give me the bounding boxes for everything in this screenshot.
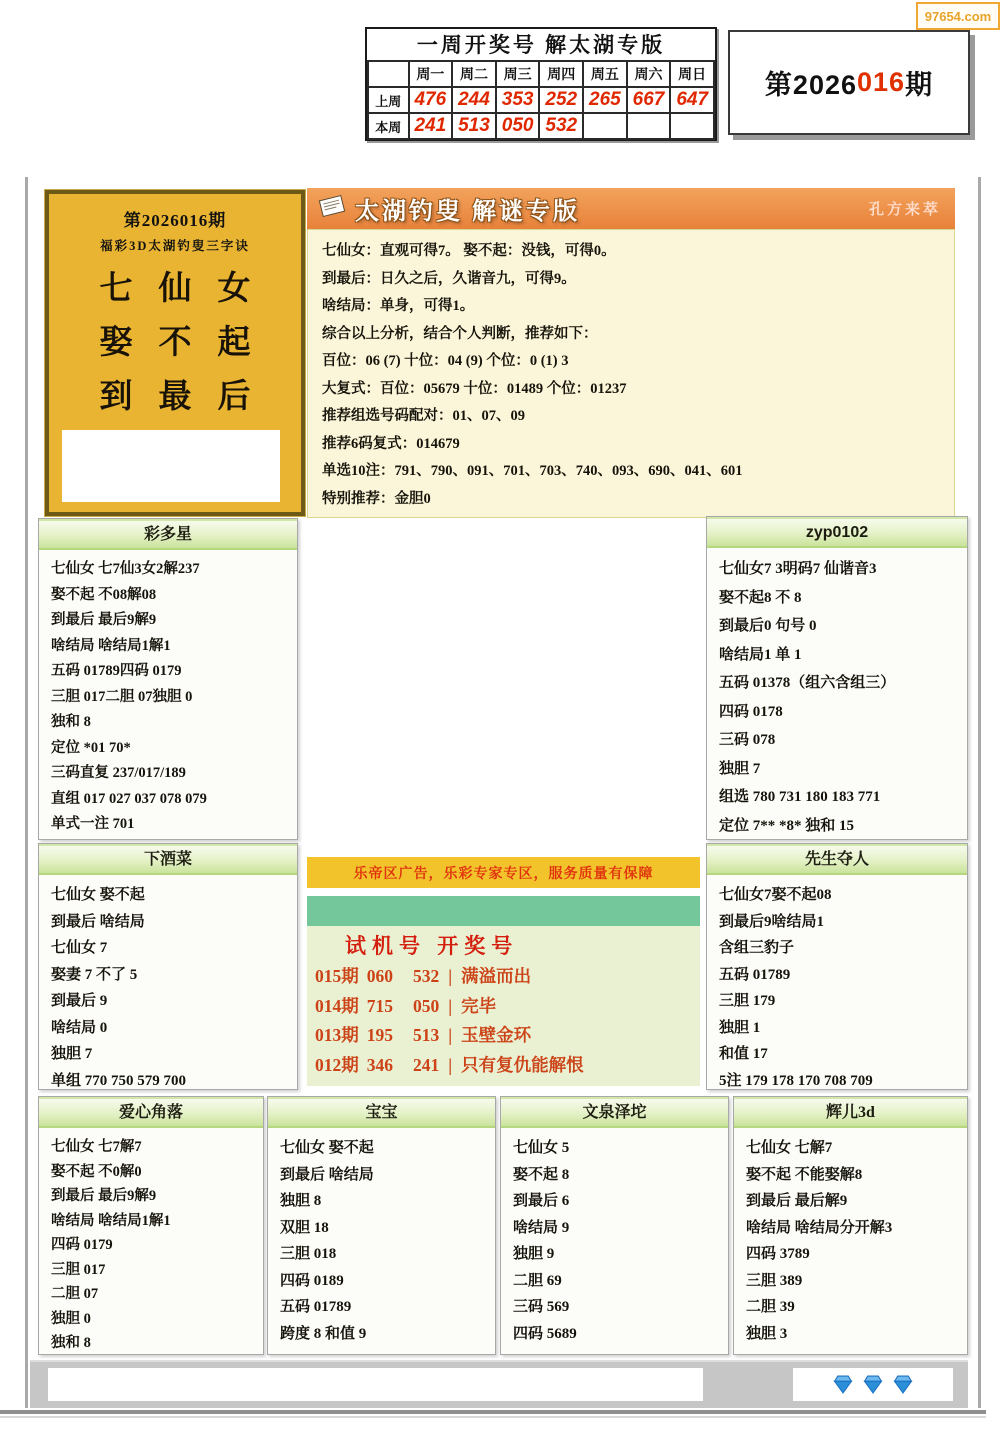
prediction-line: 四码 5689 [513,1321,728,1348]
history-period: 013期 [315,1025,359,1045]
prediction-line: 七仙女 七7解7 [51,1135,263,1160]
day-header-cell: 周四 [539,61,583,87]
main-title-bar: 太湖钓叟 解谜专版 孔方来萃 [307,188,955,229]
prediction-line: 到最后 6 [513,1188,728,1215]
draw-number-cell: 476 [409,87,453,113]
row-label: 本周 [368,113,409,139]
main-title-right: 孔方来萃 [869,198,941,219]
test-number: 060 [367,966,393,986]
prediction-line: 啥结局 啥结局分开解3 [746,1215,967,1242]
section-body: 七仙女 七解7娶不起 不能娶解8到最后 最后解9啥结局 啥结局分开解3四码 37… [734,1128,967,1347]
day-header-cell: 周一 [409,61,453,87]
section-huier: 辉儿3d 七仙女 七解7娶不起 不能娶解8到最后 最后解9啥结局 啥结局分开解3… [733,1096,968,1355]
draw-number-cell: 241 [409,113,453,139]
prediction-line: 四码 0178 [719,698,967,727]
prediction-line: 独和 8 [51,710,297,736]
section-wenquan: 文泉泽坨 七仙女 5娶不起 8到最后 6啥结局 9独胆 9二胆 69三码 569… [500,1096,729,1355]
prediction-line: 四码 0179 [51,1233,263,1258]
draw-number: 513 [413,1025,439,1045]
section-body: 七仙女 5娶不起 8到最后 6啥结局 9独胆 9二胆 69三码 569四码 56… [501,1128,728,1347]
prediction-line: 三码直复 237/017/189 [51,761,297,787]
section-xiansheng: 先生夺人 七仙女7娶不起08到最后9啥结局1含组三豹子五码 01789三胆 17… [706,843,968,1090]
bottom-divider-light [0,1416,986,1418]
separator: | [448,996,452,1016]
draw-history-row: 015期060532|满溢而出 [315,962,700,992]
weekly-draws-panel: 一周开奖号 解太湖专版 周一周二周三周四周五周六周日 上周 4762443532… [365,27,717,141]
section-title: zyp0102 [707,517,967,548]
draw-number-cell [627,113,671,139]
current-period-box: 第2026016期 [728,30,970,135]
draw-number-cell: 532 [539,113,583,139]
draw-number: 532 [413,966,439,986]
ad-banner[interactable]: 乐帝区广告，乐彩专家专区，服务质量有保障 [307,857,700,888]
page: 97654.com 一周开奖号 解太湖专版 周一周二周三周四周五周六周日 上周 … [0,0,1000,1439]
prediction-line: 独胆 0 [51,1307,263,1332]
analysis-line: 推荐组选号码配对：01、07、09 [322,403,954,431]
verse-period: 第2026016期 [49,206,301,231]
riddle-text: 玉壁金环 [461,1025,531,1045]
section-title: 下酒菜 [39,844,297,875]
row-label: 上周 [368,87,409,113]
prediction-line: 三胆 017二胆 07独胆 0 [51,685,297,711]
prediction-line: 娶不起 不0解0 [51,1160,263,1185]
day-header-cell: 周日 [670,61,714,87]
draw-history-header: 试机号 开奖号 [315,930,700,962]
analysis-line: 啥结局：单身，可得1。 [322,293,954,321]
prediction-line: 二胆 69 [513,1268,728,1295]
section-title: 先生夺人 [707,844,967,875]
prediction-line: 娶不起8 不 8 [719,584,967,613]
test-number: 715 [367,996,393,1016]
section-body: 七仙女 娶不起到最后 啥结局独胆 8双胆 18三胆 018四码 0189五码 0… [268,1128,495,1347]
prediction-line: 到最后 最后解9 [746,1188,967,1215]
section-title: 彩多星 [39,519,297,550]
draw-number: 241 [413,1055,439,1075]
draw-history-rows: 015期060532|满溢而出 014期715050|完毕 013期195513… [315,962,700,1080]
site-badge[interactable]: 97654.com [916,2,1000,30]
draw-history-row: 013期195513|玉壁金环 [315,1021,700,1051]
prediction-line: 5注 179 178 170 708 709 [719,1068,967,1095]
period-prefix: 第2026 [765,63,857,102]
prediction-line: 啥结局 啥结局1解1 [51,634,297,660]
prediction-line: 到最后0 句号 0 [719,612,967,641]
this-week-row: 本周 241513050532 [368,113,714,139]
prediction-line: 三胆 389 [746,1268,967,1295]
prediction-line: 到最后 啥结局 [280,1162,495,1189]
section-title: 文泉泽坨 [501,1097,728,1128]
analysis-line: 推荐6码复式：014679 [322,431,954,459]
prediction-line: 三胆 018 [280,1241,495,1268]
prediction-line: 娶妻 7 不了 5 [51,962,297,989]
prediction-line: 三码 569 [513,1294,728,1321]
analysis-line: 大复式：百位：05679 十位：01489 个位：01237 [322,376,954,404]
day-header-cell: 周六 [627,61,671,87]
draw-history-panel: 试机号 开奖号 015期060532|满溢而出 014期715050|完毕 01… [307,926,700,1086]
riddle-analysis-panel: 七仙女：直观可得7。 娶不起：没钱，可得0。到最后：日久之后，久谐音九，可得9。… [307,229,955,518]
prediction-line: 定位 *01 70* [51,736,297,762]
prediction-line: 单式一注 701 [51,812,297,838]
prediction-line: 啥结局 0 [51,1015,297,1042]
prediction-line: 到最后 9 [51,988,297,1015]
history-period: 015期 [315,966,359,986]
gem-strip [793,1368,953,1401]
draw-number-cell: 513 [452,113,496,139]
section-baobao: 宝宝 七仙女 娶不起到最后 啥结局独胆 8双胆 18三胆 018四码 0189五… [267,1096,496,1355]
prediction-line: 独胆 9 [513,1241,728,1268]
prediction-line: 三码 078 [719,726,967,755]
draw-number-cell: 252 [539,87,583,113]
week-header-row: 周一周二周三周四周五周六周日 [368,61,714,87]
verse-subtitle: 福彩3D太湖钓叟三字诀 [49,236,301,254]
test-number: 195 [367,1025,393,1045]
draw-history-row: 014期715050|完毕 [315,992,700,1022]
draw-number-cell: 353 [496,87,540,113]
prediction-line: 含组三豹子 [719,935,967,962]
prediction-line: 跨度 8 和值 9 [280,1321,495,1348]
prediction-line: 独胆 7 [719,755,967,784]
prediction-line: 双胆 18 [280,1215,495,1242]
prediction-line: 三胆 179 [719,988,967,1015]
prediction-line: 独和 8 [51,1331,263,1356]
prediction-line: 定位 7** *8* 独和 15 [719,812,967,841]
prediction-line: 二胆 39 [746,1294,967,1321]
prediction-line: 独胆 7 [51,1041,297,1068]
section-xiajiucai: 下酒菜 七仙女 娶不起到最后 啥结局七仙女 7娶妻 7 不了 5到最后 9啥结局… [38,843,298,1090]
verse-line: 到最后 [49,370,301,424]
section-body: 七仙女 娶不起到最后 啥结局七仙女 7娶妻 7 不了 5到最后 9啥结局 0独胆… [39,875,297,1094]
section-body: 七仙女 七7解7娶不起 不0解0到最后 最后9解9啥结局 啥结局1解1四码 01… [39,1128,263,1356]
prediction-line: 七仙女 七7仙3女2解237 [51,557,297,583]
prediction-line: 三胆 017 [51,1258,263,1283]
analysis-line: 到最后：日久之后，久谐音九，可得9。 [322,266,954,294]
draw-number-cell [583,113,627,139]
analysis-line: 百位：06 (7) 十位：04 (9) 个位：0 (1) 3 [322,348,954,376]
prediction-line: 到最后9啥结局1 [719,909,967,936]
section-caiduoxing: 彩多星 七仙女 七7仙3女2解237娶不起 不08解08到最后 最后9解9啥结局… [38,518,298,840]
prediction-line: 七仙女 5 [513,1135,728,1162]
last-week-row: 上周 476244353252265667647 [368,87,714,113]
day-header-cell: 周二 [452,61,496,87]
section-body: 七仙女7娶不起08到最后9啥结局1含组三豹子五码 01789三胆 179独胆 1… [707,875,967,1094]
prediction-line: 娶不起 8 [513,1162,728,1189]
prediction-line: 组选 780 731 180 183 771 [719,783,967,812]
riddle-text: 完毕 [461,996,496,1016]
prediction-line: 七仙女7娶不起08 [719,882,967,909]
green-divider-band [307,896,700,926]
prediction-line: 啥结局 9 [513,1215,728,1242]
separator: | [448,966,452,986]
draw-number: 050 [413,996,439,1016]
riddle-text: 满溢而出 [461,966,531,986]
section-aixin: 爱心角落 七仙女 七7解7娶不起 不0解0到最后 最后9解9啥结局 啥结局1解1… [38,1096,264,1355]
history-period: 012期 [315,1055,359,1075]
section-title: 辉儿3d [734,1097,967,1128]
riddle-text: 只有复仇能解恨 [461,1055,584,1075]
weekly-panel-title: 一周开奖号 解太湖专版 [367,30,715,60]
draw-number-cell: 050 [496,113,540,139]
bottom-bar [30,1360,968,1408]
section-body: 七仙女7 3明码7 仙谐音3娶不起8 不 8到最后0 句号 0啥结局1 单 1五… [707,548,967,840]
prediction-line: 独胆 3 [746,1321,967,1348]
gem-icon [892,1375,914,1394]
prediction-line: 二胆 07 [51,1282,263,1307]
draw-number-cell: 667 [627,87,671,113]
prediction-line: 五码 01789四码 0179 [51,659,297,685]
draw-number-cell: 265 [583,87,627,113]
separator: | [448,1025,452,1045]
test-number: 346 [367,1055,393,1075]
gem-icon [862,1375,884,1394]
section-zyp0102: zyp0102 七仙女7 3明码7 仙谐音3娶不起8 不 8到最后0 句号 0啥… [706,516,968,840]
corner-cell [368,61,409,87]
analysis-line: 特别推荐：金胆0 [322,486,954,514]
prediction-line: 五码 01789 [280,1294,495,1321]
prediction-line: 娶不起 不08解08 [51,583,297,609]
prediction-line: 到最后 最后9解9 [51,1184,263,1209]
verse-line: 七仙女 [49,262,301,316]
day-header-cell: 周五 [583,61,627,87]
prediction-line: 七仙女 娶不起 [51,882,297,909]
golden-verse-box: 第2026016期 福彩3D太湖钓叟三字诀 七仙女娶不起到最后啥结局 [45,190,305,516]
draw-number-cell: 647 [670,87,714,113]
day-header-cell: 周三 [496,61,540,87]
prediction-line: 直组 017 027 037 078 079 [51,787,297,813]
prediction-line: 到最后 啥结局 [51,909,297,936]
prediction-line: 独胆 8 [280,1188,495,1215]
separator: | [448,1055,452,1075]
analysis-line: 单选10注：791、790、091、701、703、740、093、690、04… [322,458,954,486]
draw-number-cell [670,113,714,139]
prediction-line: 娶不起 不能娶解8 [746,1162,967,1189]
section-title: 宝宝 [268,1097,495,1128]
prediction-line: 四码 3789 [746,1241,967,1268]
prediction-line: 和值 17 [719,1041,967,1068]
verse-blank-area [62,430,280,502]
bottom-divider-dark [0,1410,986,1414]
draw-history-row: 012期346241|只有复仇能解恨 [315,1051,700,1081]
prediction-line: 啥结局1 单 1 [719,641,967,670]
prediction-line: 四码 0189 [280,1268,495,1295]
gem-icon [832,1375,854,1394]
history-period: 014期 [315,996,359,1016]
section-body: 七仙女 七7仙3女2解237娶不起 不08解08到最后 最后9解9啥结局 啥结局… [39,550,297,838]
bottom-blank-strip [48,1368,703,1401]
prediction-line: 独胆 1 [719,1015,967,1042]
verse-line: 娶不起 [49,316,301,370]
prediction-line: 单组 770 750 579 700 [51,1068,297,1095]
weekly-draws-table: 周一周二周三周四周五周六周日 上周 476244353252265667647 … [367,60,715,140]
period-number: 016 [857,67,905,98]
main-title: 太湖钓叟 解谜专版 [355,191,580,226]
period-suffix: 期 [905,63,933,102]
prediction-line: 七仙女7 3明码7 仙谐音3 [719,555,967,584]
prediction-line: 七仙女 七解7 [746,1135,967,1162]
section-title: 爱心角落 [39,1097,263,1128]
newspaper-icon [317,193,347,225]
draw-number-cell: 244 [452,87,496,113]
analysis-line: 七仙女：直观可得7。 娶不起：没钱，可得0。 [322,238,954,266]
prediction-line: 七仙女 7 [51,935,297,962]
prediction-line: 到最后 最后9解9 [51,608,297,634]
prediction-line: 五码 01789 [719,962,967,989]
prediction-line: 啥结局 啥结局1解1 [51,1209,263,1234]
analysis-line: 综合以上分析，结合个人判断，推荐如下： [322,321,954,349]
prediction-line: 五码 01378（组六含组三） [719,669,967,698]
prediction-line: 七仙女 娶不起 [280,1135,495,1162]
